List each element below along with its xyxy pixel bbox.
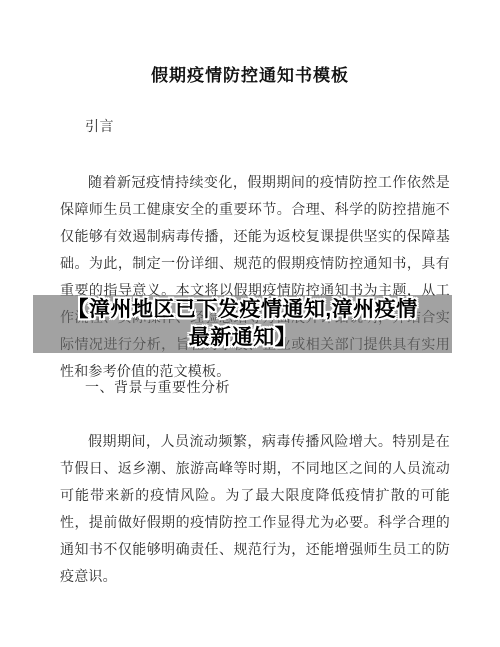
document-title: 假期疫情防控通知书模板 (0, 61, 500, 86)
section1-heading: 一、背景与重要性分析 (85, 377, 230, 397)
watermark-text-line-1: 【漳州地区已下发疫情通知,漳州疫情 (67, 296, 417, 324)
section1-paragraph: 假期期间，人员流动频繁，病毒传播风险增大。特别是在节假日、返乡潮、旅游高峰等时期… (60, 429, 450, 591)
intro-paragraph: 随着新冠疫情持续变化，假期期间的疫情防控工作依然是保障师生员工健康安全的重要环节… (60, 170, 450, 386)
watermark-overlay-band: 【漳州地区已下发疫情通知,漳州疫情 最新通知】 (33, 295, 452, 353)
document-page: { "document": { "title": "假期疫情防控通知书模板", … (0, 0, 500, 647)
watermark-text-line-2: 最新通知】 (189, 324, 297, 352)
intro-heading: 引言 (85, 116, 114, 136)
